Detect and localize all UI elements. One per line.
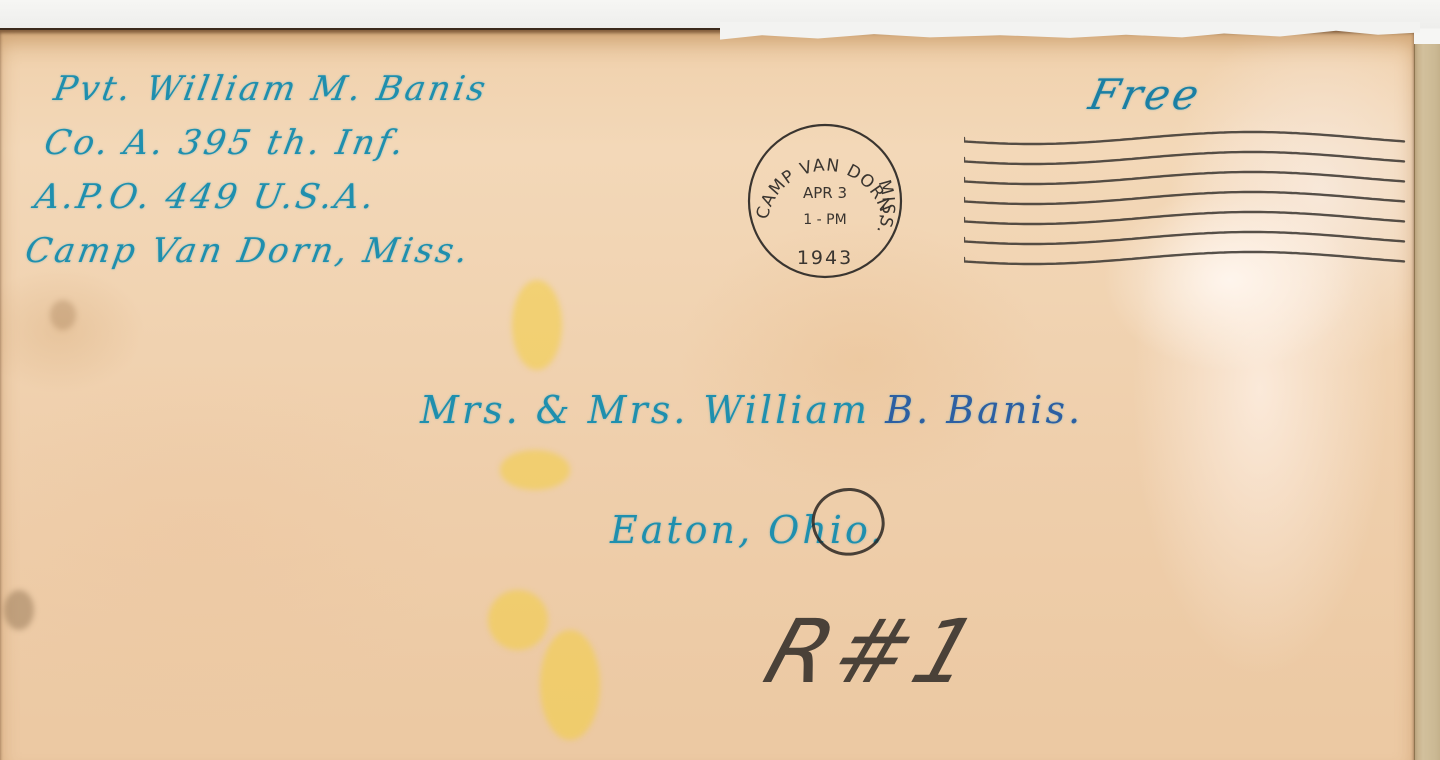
return-address-line: Co. A. 395 th. Inf. bbox=[40, 116, 494, 170]
cancellation-wave bbox=[964, 132, 1404, 144]
dirt-spot bbox=[50, 300, 76, 330]
pencil-route-notation: R#1 bbox=[753, 600, 995, 703]
recipient-surname: B. Banis. bbox=[885, 388, 1083, 432]
cancellation-wave bbox=[964, 152, 1404, 164]
yellow-stain bbox=[540, 630, 600, 740]
free-frank-mark: Free bbox=[1085, 70, 1206, 119]
envelope-scan: Pvt. William M. Banis Co. A. 395 th. Inf… bbox=[0, 0, 1440, 760]
cancellation-wave bbox=[964, 232, 1404, 244]
postmark-year: 1943 bbox=[797, 247, 853, 269]
recipient-name-line: Mrs. & Mrs. William B. Banis. bbox=[420, 388, 1083, 432]
cancellation-wave bbox=[964, 212, 1404, 224]
cancellation-wave bbox=[964, 172, 1404, 184]
cancellation-wave bbox=[964, 252, 1404, 264]
yellow-stain bbox=[500, 450, 570, 490]
yellow-stain bbox=[488, 590, 548, 650]
return-address-line: Pvt. William M. Banis bbox=[50, 62, 504, 116]
cancellation-lines bbox=[964, 130, 1414, 280]
return-address: Pvt. William M. Banis Co. A. 395 th. Inf… bbox=[21, 62, 503, 278]
yellow-stain bbox=[512, 280, 562, 370]
postmark-stamp: CAMP VAN DORN, MISS. APR 3 1 - PM 1943 bbox=[746, 122, 904, 280]
return-address-line: A.P.O. 449 U.S.A. bbox=[30, 170, 484, 224]
return-address-line: Camp Van Dorn, Miss. bbox=[21, 224, 475, 278]
postmark-date: APR 3 bbox=[803, 184, 847, 202]
cancellation-wave bbox=[964, 192, 1404, 204]
postmark-time: 1 - PM bbox=[803, 212, 846, 228]
envelope-flap-edge bbox=[1414, 44, 1440, 760]
dirt-spot bbox=[4, 590, 34, 630]
recipient-name: Mrs. & Mrs. William bbox=[420, 388, 885, 432]
